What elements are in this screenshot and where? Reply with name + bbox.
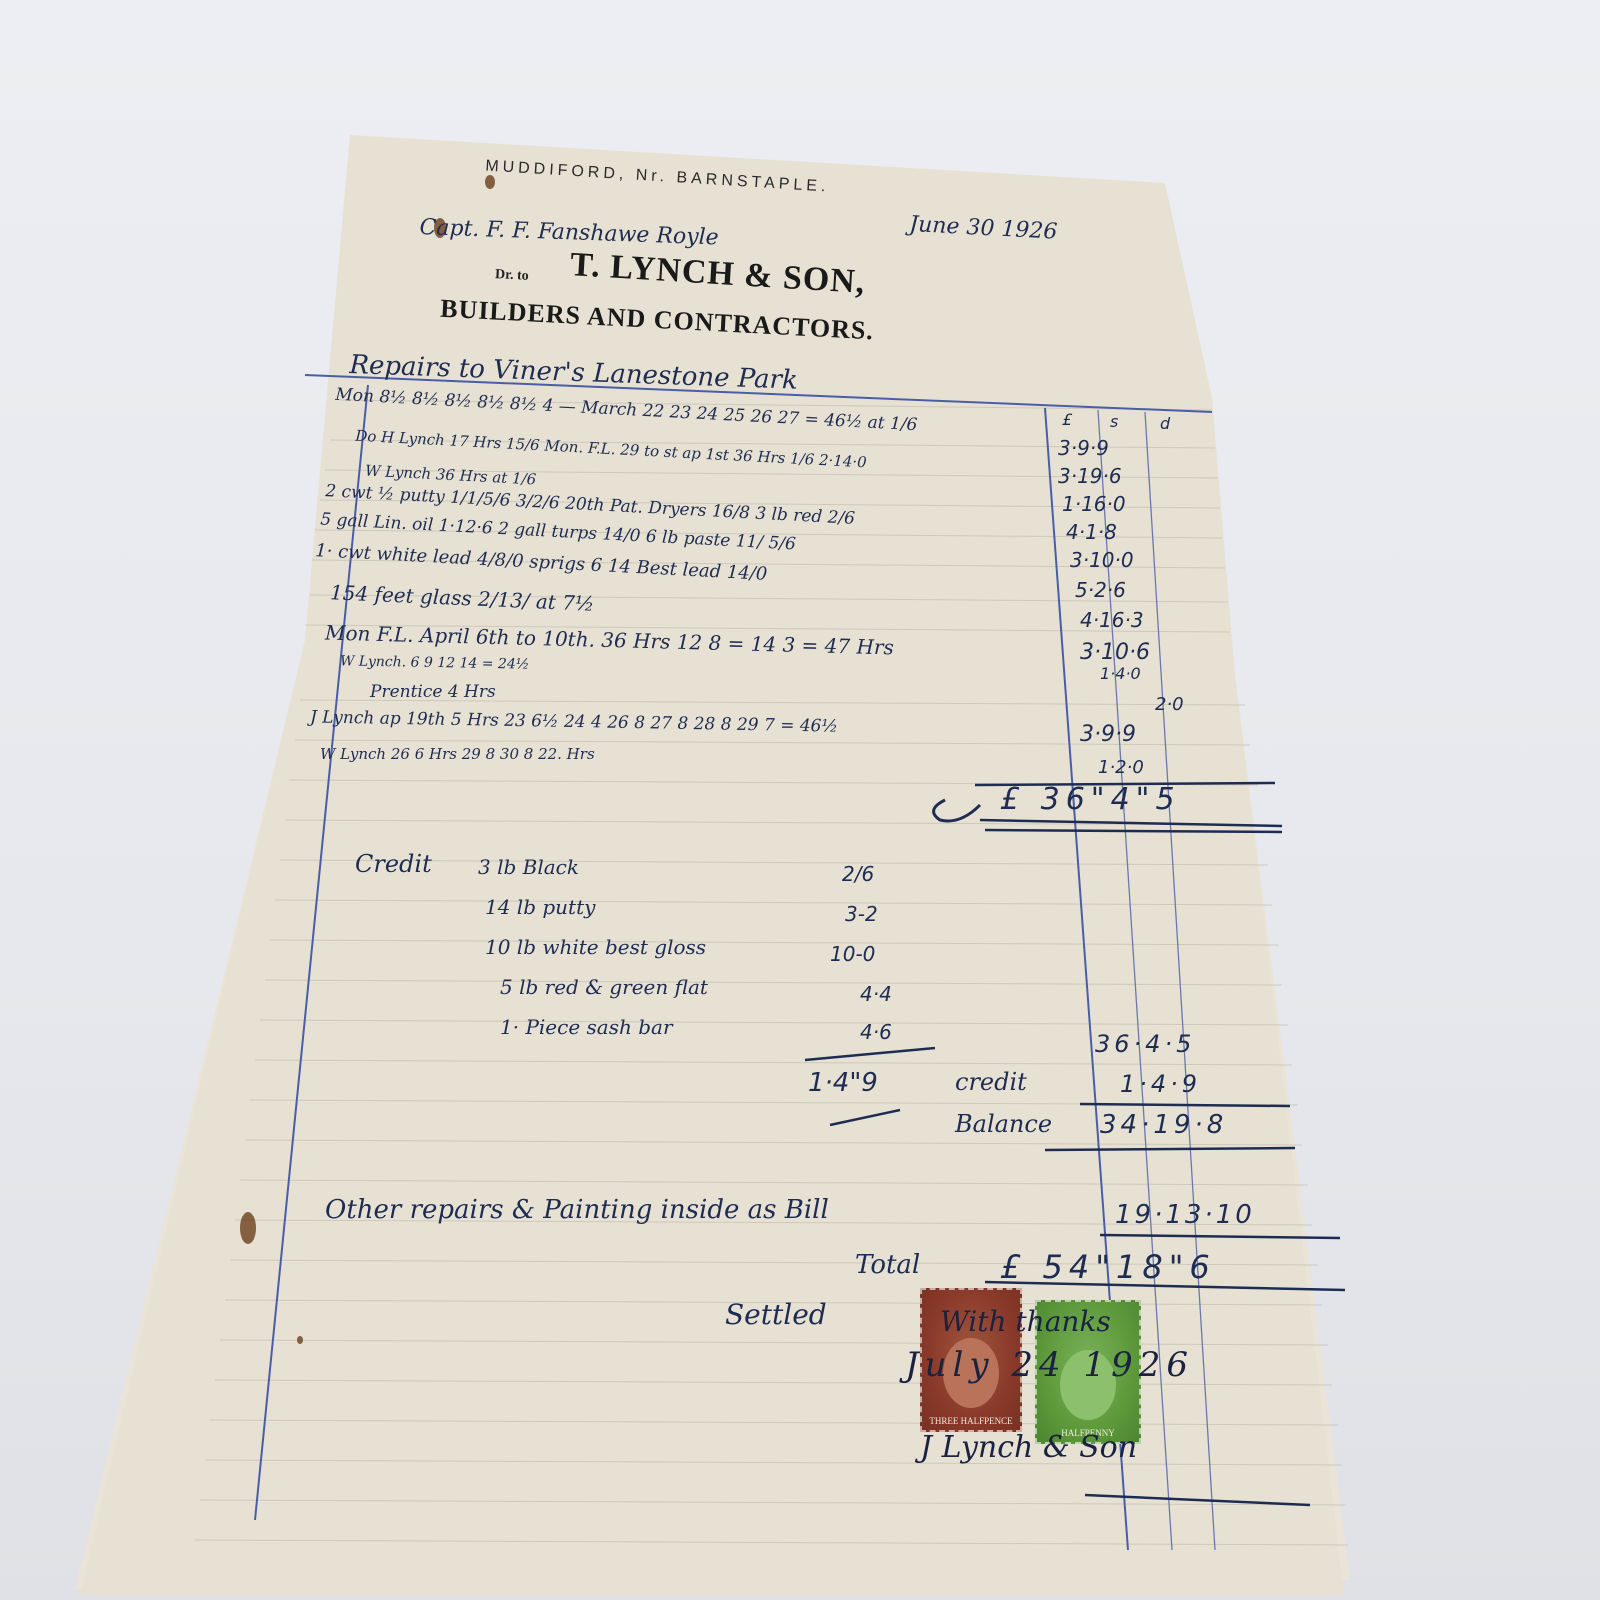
other-repairs-desc: Other repairs & Painting inside as Bill: [325, 1195, 829, 1225]
line-item-amount: 3·10·0: [1070, 548, 1134, 572]
credit-total: 1·4"9: [808, 1068, 878, 1098]
line-item-amount: 3·19·6: [1058, 464, 1122, 488]
balance-label: Balance: [955, 1110, 1052, 1138]
invoice-sheet: [0, 0, 1600, 1600]
credit-row-amount: 1·4·9: [1120, 1070, 1201, 1098]
invoice-document: MUDDIFORD, Nr. BARNSTAPLE. Capt. F. F. F…: [0, 0, 1600, 1600]
subtotal: £ 36"4"5: [1000, 782, 1181, 817]
credit-item-desc: 10 lb white best gloss: [485, 935, 706, 959]
credit-item-amount: 4·4: [860, 982, 892, 1006]
line-item-amount: 4·16·3: [1080, 608, 1144, 632]
letterhead-prefix: Dr. to: [495, 267, 529, 285]
credit-item-amount: 3-2: [845, 902, 878, 926]
credit-item-amount: 10-0: [830, 942, 875, 966]
total-label: Total: [855, 1250, 920, 1280]
settled-label: Settled: [725, 1298, 827, 1331]
line-item-amount: 1·4·0: [1100, 664, 1141, 683]
line-item-desc: W Lynch. 6 9 12 14 = 24½: [340, 653, 530, 672]
line-item-amount: 5·2·6: [1075, 578, 1126, 602]
line-item-amount: 1·16·0: [1062, 492, 1126, 516]
credit-item-desc: 5 lb red & green flat: [500, 975, 708, 999]
credit-row-label: credit: [955, 1068, 1027, 1096]
settlement-date: July 24 1926: [905, 1345, 1194, 1385]
col-shillings: s: [1110, 412, 1118, 431]
line-item-amount: 3·10·6: [1080, 640, 1150, 665]
gross-amount: 36·4·5: [1095, 1030, 1195, 1058]
col-pounds: £: [1062, 410, 1072, 429]
credit-label: Credit: [355, 850, 432, 878]
with-thanks: With thanks: [940, 1305, 1111, 1338]
line-item-desc: Prentice 4 Hrs: [370, 682, 496, 702]
col-pence: d: [1160, 414, 1170, 433]
credit-item-amount: 2/6: [842, 862, 874, 886]
balance-amount: 34·19·8: [1100, 1110, 1227, 1140]
signature: J Lynch & Son: [920, 1430, 1137, 1465]
credit-item-desc: 3 lb Black: [478, 855, 579, 879]
line-item-amount: 3·9·9: [1080, 722, 1136, 747]
total-amount: £ 54"18"6: [1000, 1248, 1216, 1286]
credit-item-desc: 14 lb putty: [485, 895, 595, 919]
line-item-amount: 3·9·9: [1058, 436, 1109, 460]
credit-item-desc: 1· Piece sash bar: [500, 1015, 673, 1039]
line-item-desc: W Lynch 26 6 Hrs 29 8 30 8 22. Hrs: [320, 745, 595, 763]
credit-item-amount: 4·6: [860, 1020, 892, 1044]
line-item-amount: 2·0: [1155, 694, 1184, 715]
stamp-label: THREE HALFPENCE: [929, 1416, 1012, 1426]
other-repairs-amount: 19·13·10: [1115, 1200, 1255, 1230]
line-item-amount: 4·1·8: [1066, 520, 1117, 544]
line-item-amount: 1·2·0: [1098, 757, 1144, 778]
